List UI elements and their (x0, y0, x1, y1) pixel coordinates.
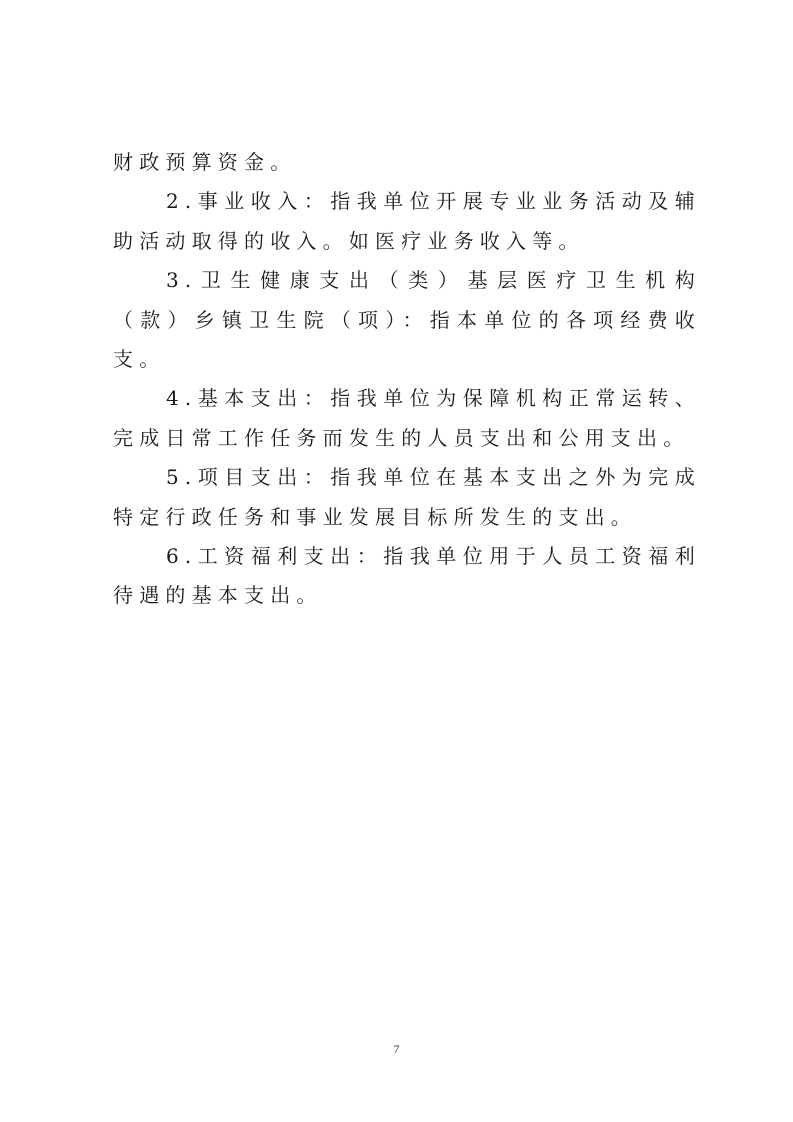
paragraph-salary-welfare-expenditure: 6.工资福利支出：指我单位用于人员工资福利待遇的基本支出。 (113, 537, 701, 616)
paragraph-continuation: 财政预算资金。 (113, 143, 701, 182)
paragraph-business-income: 2.事业收入：指我单位开展专业业务活动及辅助活动取得的收入。如医疗业务收入等。 (113, 182, 701, 261)
page-number: 7 (0, 1042, 793, 1057)
paragraph-basic-expenditure: 4.基本支出：指我单位为保障机构正常运转、完成日常工作任务而发生的人员支出和公用… (113, 379, 701, 458)
paragraph-project-expenditure: 5.项目支出：指我单位在基本支出之外为完成特定行政任务和事业发展目标所发生的支出… (113, 458, 701, 537)
document-body: 财政预算资金。 2.事业收入：指我单位开展专业业务活动及辅助活动取得的收入。如医… (113, 143, 701, 616)
paragraph-health-expenditure: 3.卫生健康支出（类）基层医疗卫生机构（款）乡镇卫生院（项）：指本单位的各项经费… (113, 261, 701, 379)
